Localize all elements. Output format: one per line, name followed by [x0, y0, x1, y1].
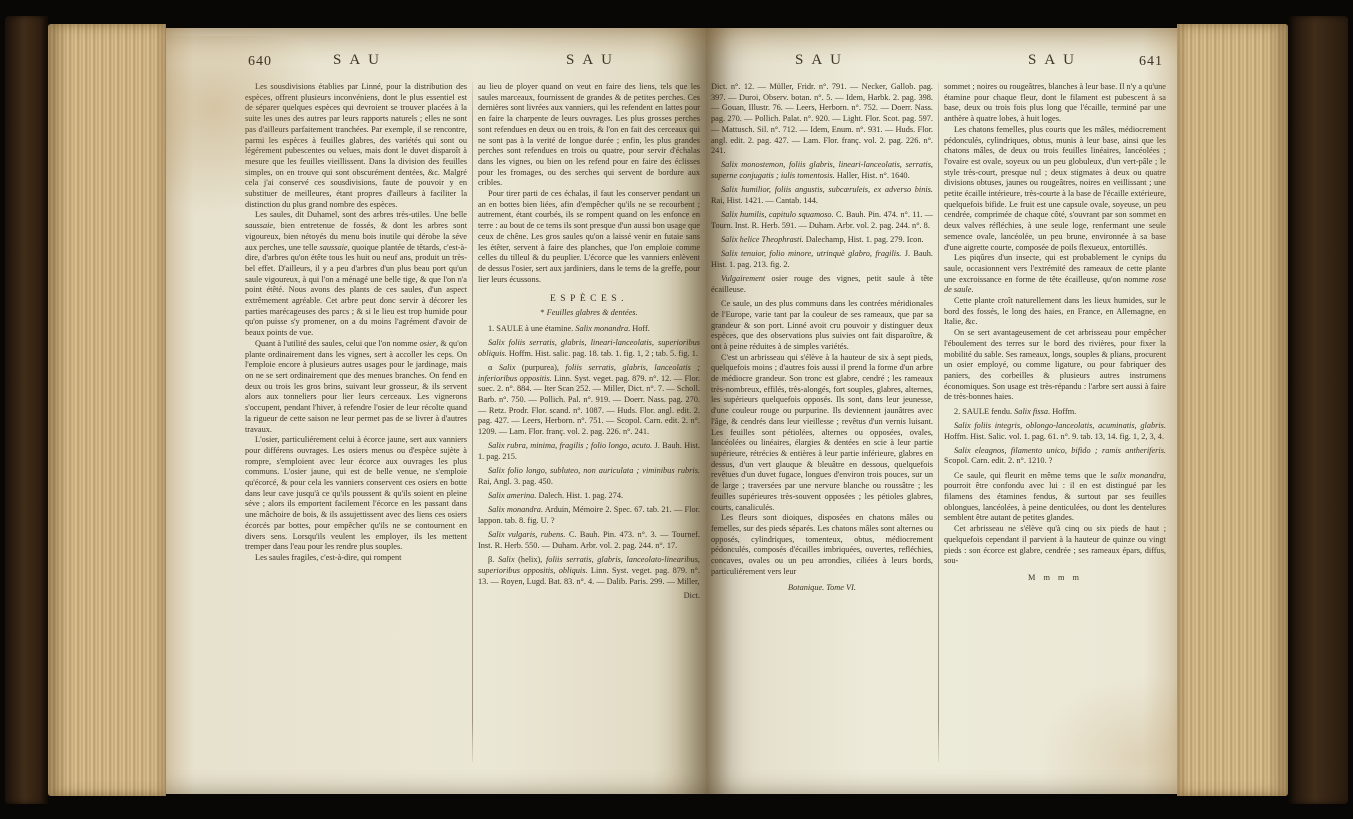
paragraph: M m m m: [944, 573, 1166, 584]
paragraph: Les fleurs sont dioiques, disposées en c…: [711, 513, 933, 577]
paragraph: Salix foliis integris, oblongo-lanceolat…: [944, 421, 1166, 442]
column-rule: [472, 82, 473, 762]
paragraph: Ce saule, un des plus communs dans les c…: [711, 299, 933, 353]
paragraph: Salix helice Theophrasti. Dalechamp, His…: [711, 235, 933, 246]
paragraph: 1. SAULE à une étamine. Salix monandra. …: [478, 324, 700, 335]
paragraph: Salix rubra, minima, fragilis ; folio lo…: [478, 441, 700, 462]
paragraph: Les sousdivisions établies par Linné, po…: [245, 82, 467, 210]
text-column-1: Dict. n°. 12. — Müller, Fridr. n°. 791. …: [711, 82, 933, 762]
paragraph: * Feuilles glabres & dentées.: [478, 308, 700, 319]
paragraph: L'osier, particuliérement celui à écorce…: [245, 435, 467, 553]
text-block: Les sousdivisions établies par Linné, po…: [166, 82, 706, 762]
paragraph: Salix monandra. Arduin, Mémoire 2. Spec.…: [478, 505, 700, 526]
paragraph: Salix amerina. Dalech. Hist. 1. pag. 274…: [478, 491, 700, 502]
paragraph: ESPÈCES.: [478, 294, 700, 305]
book-page-left: 640 SAU SAU Les sousdivisions établies p…: [166, 28, 706, 794]
paragraph: au lieu de ployer quand on veut en faire…: [478, 82, 700, 189]
paragraph: Les piqûres d'un insecte, qui est probab…: [944, 253, 1166, 296]
paragraph: Salix humilis, capitulo squamoso. C. Bau…: [711, 210, 933, 231]
paragraph: Vulgairement osier rouge des vignes, pet…: [711, 274, 933, 295]
paragraph: sommet ; noires ou rougeâtres, blanches …: [944, 82, 1166, 125]
running-title: SAU: [333, 52, 387, 69]
paragraph: Salix monostemon, foliis glabris, linear…: [711, 160, 933, 181]
paragraph: Ce saule, qui fleurit en même tems que l…: [944, 471, 1166, 525]
running-title: SAU: [795, 52, 849, 69]
page-number: 641: [1139, 54, 1163, 70]
text-column-1: Les sousdivisions établies par Linné, po…: [245, 82, 467, 762]
paragraph: Salix folio longo, subluteo, non auricul…: [478, 466, 700, 487]
paragraph: Pour tirer parti de ces échalas, il faut…: [478, 189, 700, 285]
paragraph: β. Salix (helix), foliis serratis, glabr…: [478, 555, 700, 587]
paragraph: Dict.: [478, 591, 700, 602]
paragraph: Botanique. Tome VI.: [711, 583, 933, 594]
paragraph: Cette plante croît naturellement dans le…: [944, 296, 1166, 328]
page-edges-right: [1177, 24, 1288, 796]
book-page-right: SAU SAU 641 Dict. n°. 12. — Müller, Frid…: [706, 28, 1177, 794]
paragraph: Les saules fragiles, c'est-à-dire, qui r…: [245, 553, 467, 564]
text-column-2: au lieu de ployer quand on veut en faire…: [478, 82, 700, 762]
paragraph: Dict. n°. 12. — Müller, Fridr. n°. 791. …: [711, 82, 933, 157]
page-header: SAU SAU 641: [706, 52, 1177, 82]
paragraph: Les saules, dit Duhamel, sont des arbres…: [245, 210, 467, 338]
running-title: SAU: [566, 52, 620, 69]
page-edges-left: [48, 24, 166, 796]
page-number: 640: [248, 54, 272, 70]
book-cover-left: [5, 16, 48, 804]
book-photo: 640 SAU SAU Les sousdivisions établies p…: [0, 0, 1353, 819]
column-rule: [938, 82, 939, 762]
paragraph: Salix eleagnos, filamento unico, bifido …: [944, 446, 1166, 467]
paragraph: Salix humilior, foliis angustis, subcæru…: [711, 185, 933, 206]
text-column-2: sommet ; noires ou rougeâtres, blanches …: [944, 82, 1166, 762]
paragraph: 2. SAULE fendu. Salix fissa. Hoffm.: [944, 407, 1166, 418]
page-header: 640 SAU SAU: [166, 52, 706, 82]
paragraph: C'est un arbrisseau qui s'élève à la hau…: [711, 353, 933, 514]
paragraph: Salix tenuior, folio minore, utrinquè gl…: [711, 249, 933, 270]
paragraph: Quant à l'utilité des saules, celui que …: [245, 339, 467, 435]
paragraph: α Salix (purpurea), foliis serratis, gla…: [478, 363, 700, 438]
paragraph: Les chatons femelles, plus courts que le…: [944, 125, 1166, 253]
paragraph: Salix foliis serratis, glabris, lineari-…: [478, 338, 700, 359]
paragraph: On se sert avantageusement de cet arbris…: [944, 328, 1166, 403]
paragraph: Salix vulgaris, rubens. C. Bauh. Pin. 47…: [478, 530, 700, 551]
book-cover-right: [1288, 16, 1348, 804]
text-block: Dict. n°. 12. — Müller, Fridr. n°. 791. …: [706, 82, 1177, 762]
paragraph: Cet arbrisseau ne s'élève qu'à cinq ou s…: [944, 524, 1166, 567]
running-title: SAU: [1028, 52, 1082, 69]
